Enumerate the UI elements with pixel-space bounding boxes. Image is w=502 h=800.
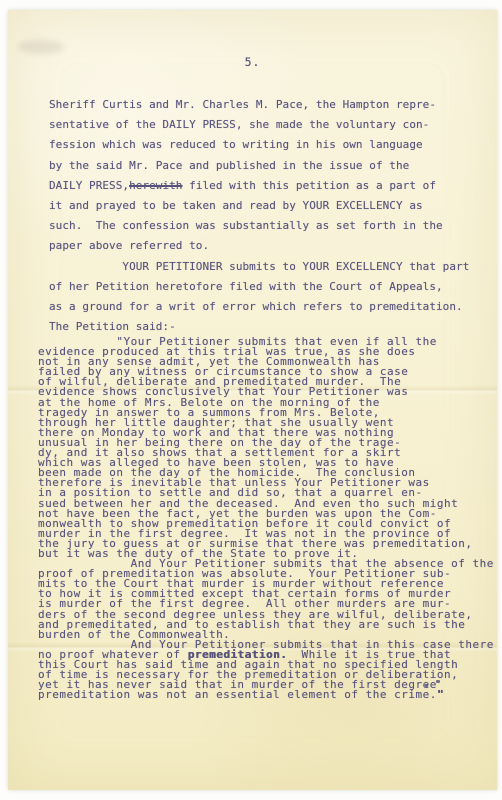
text-line: sentative of the DAILY PRESS, she made t… (49, 115, 469, 135)
text-line: Sheriff Curtis and Mr. Charles M. Pace, … (49, 95, 469, 115)
pencil-smudge (18, 40, 64, 54)
text-line: as a ground for a writ of error which re… (49, 297, 469, 317)
text-line: YOUR PETITIONER submits to YOUR EXCELLEN… (49, 257, 469, 277)
text-line: such. The confession was substantially a… (49, 216, 469, 236)
text-line: premeditation was not an essential eleme… (38, 690, 502, 700)
page-number: 5. (8, 55, 497, 69)
quoted-petition-excerpt: "Your Petitioner submits that even if al… (38, 337, 502, 700)
document-page: 5. Sheriff Curtis and Mr. Charles M. Pac… (8, 10, 497, 790)
text-line: fession which was reduced to writing in … (49, 135, 469, 155)
body-paragraphs: Sheriff Curtis and Mr. Charles M. Pace, … (49, 95, 469, 337)
text-line: paper above referred to. (49, 236, 469, 256)
text-line: DAILY PRESS,herewith filed with this pet… (49, 176, 469, 196)
text-line: it and prayed to be taken and read by YO… (49, 196, 469, 216)
text-line: of her Petition heretofore filed with th… (49, 277, 469, 297)
scanned-document-photo: { "page": { "number": "5.", "ink_color":… (0, 0, 502, 800)
text-line: by the said Mr. Pace and published in th… (49, 156, 469, 176)
